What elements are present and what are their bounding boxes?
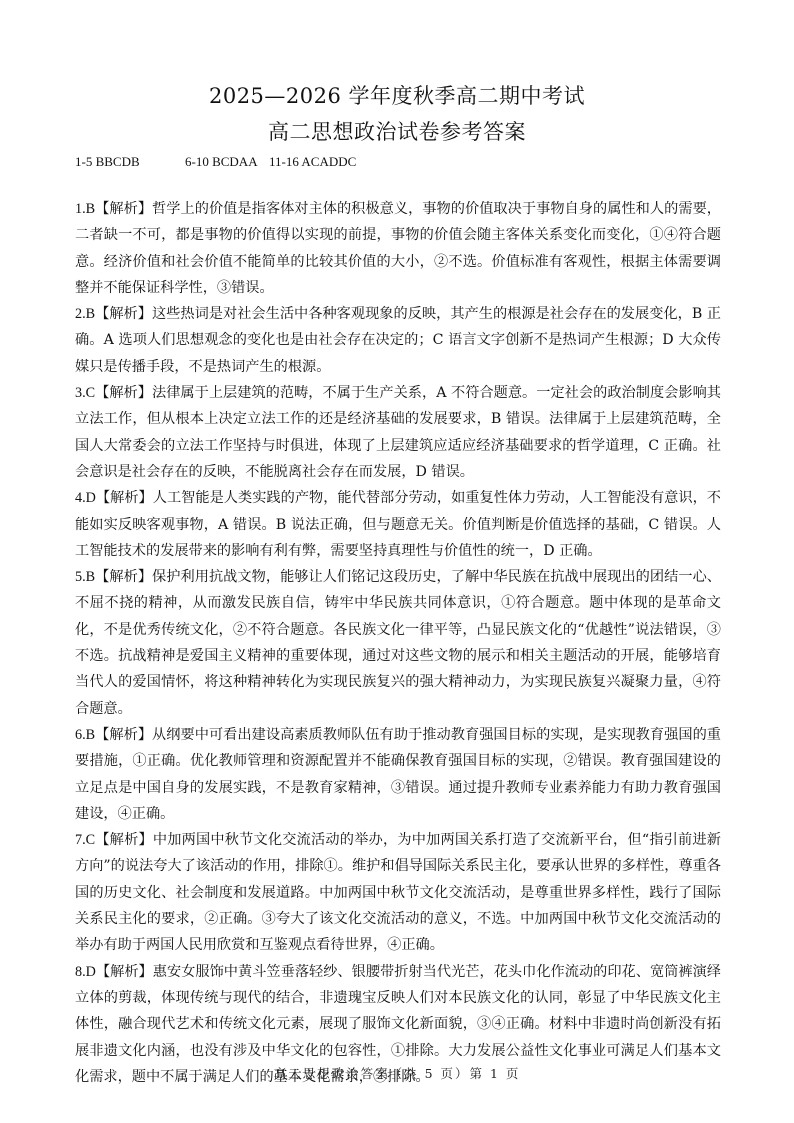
item-number: 7.C [75, 832, 95, 848]
analysis-tag: 【解析】 [95, 385, 152, 401]
item-number: 1.B [75, 201, 95, 217]
item-text: 中加两国中秋节文化交流活动的举办，为中加两国关系打造了交流新平台，但“指引前进新… [75, 832, 721, 953]
answer-key-11-16: 11-16 ACADDC [269, 154, 356, 170]
item-text: 保护利用抗战文物，能够让人们铭记这段历史，了解中华民族在抗战中展现出的团结一心、… [75, 569, 721, 716]
explanation-item-3: 3.C【解析】法律属于上层建筑的范畴，不属于生产关系，A 不符合题意。一定社会的… [75, 380, 721, 485]
item-number: 3.C [75, 385, 95, 401]
analysis-tag: 【解析】 [95, 832, 153, 848]
analysis-tag: 【解析】 [96, 964, 153, 980]
item-text: 人工智能是人类实践的产物，能代替部分劳动，如重复性体力劳动，人工智能没有意识，不… [75, 490, 721, 559]
page-footer: 高二思想政治答案（共 5 页）第 1 页 [0, 1064, 794, 1082]
exam-title: 2025—2026 学年度秋季高二期中考试 [0, 80, 794, 110]
answer-key-1-5: 1-5 BBCDB [75, 154, 185, 170]
explanations: 1.B【解析】哲学上的价值是指客体对主体的积极意义，事物的价值取决于事物自身的属… [75, 196, 721, 1090]
item-text: 法律属于上层建筑的范畴，不属于生产关系，A 不符合题意。一定社会的政治制度会影响… [75, 385, 721, 480]
item-text: 从纲要中可看出建设高素质教师队伍有助于推动教育强国目标的实现，是实现教育强国的重… [75, 727, 721, 822]
answer-sheet-title: 高二思想政治试卷参考答案 [0, 116, 794, 146]
analysis-tag: 【解析】 [96, 490, 153, 506]
explanation-item-5: 5.B【解析】保护利用抗战文物，能够让人们铭记这段历史，了解中华民族在抗战中展现… [75, 564, 721, 722]
multiple-choice-answer-key: 1-5 BBCDB 6-10 BCDAA 11-16 ACADDC [75, 154, 356, 170]
explanation-item-7: 7.C【解析】中加两国中秋节文化交流活动的举办，为中加两国关系打造了交流新平台，… [75, 827, 721, 958]
explanation-item-1: 1.B【解析】哲学上的价值是指客体对主体的积极意义，事物的价值取决于事物自身的属… [75, 196, 721, 301]
item-number: 8.D [75, 964, 96, 980]
item-number: 6.B [75, 727, 95, 743]
document-page: 2025—2026 学年度秋季高二期中考试 高二思想政治试卷参考答案 1-5 B… [0, 0, 794, 1123]
item-number: 5.B [75, 569, 95, 585]
analysis-tag: 【解析】 [95, 201, 152, 217]
item-text: 这些热词是对社会生活中各种客观现象的反映，其产生的根源是社会存在的发展变化，B … [75, 306, 721, 375]
explanation-item-6: 6.B【解析】从纲要中可看出建设高素质教师队伍有助于推动教育强国目标的实现，是实… [75, 722, 721, 827]
explanation-item-2: 2.B【解析】这些热词是对社会生活中各种客观现象的反映，其产生的根源是社会存在的… [75, 301, 721, 380]
analysis-tag: 【解析】 [95, 569, 152, 585]
item-number: 4.D [75, 490, 96, 506]
analysis-tag: 【解析】 [95, 727, 152, 743]
explanation-item-4: 4.D【解析】人工智能是人类实践的产物，能代替部分劳动，如重复性体力劳动，人工智… [75, 485, 721, 564]
answer-key-6-10: 6-10 BCDAA [185, 154, 269, 170]
item-text: 哲学上的价值是指客体对主体的积极意义，事物的价值取决于事物自身的属性和人的需要，… [75, 201, 721, 296]
item-number: 2.B [75, 306, 95, 322]
analysis-tag: 【解析】 [95, 306, 152, 322]
